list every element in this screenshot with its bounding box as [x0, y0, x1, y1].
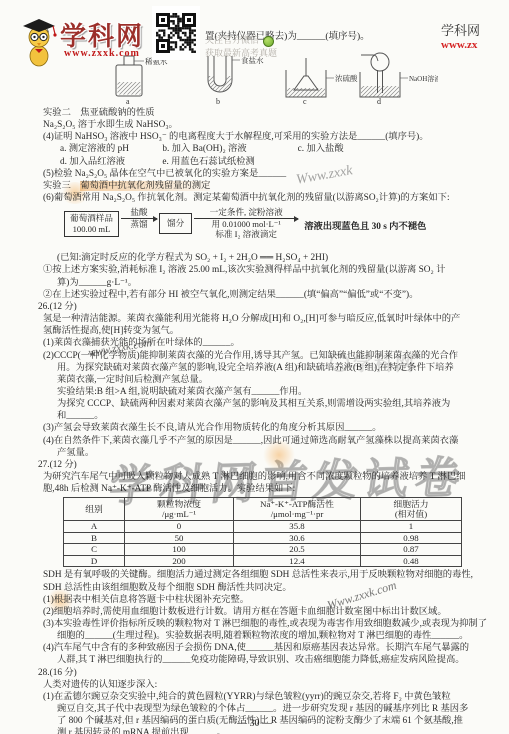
flow-arrow1-bottom-label: 蒸馏 [130, 219, 147, 241]
qr-code [152, 6, 200, 60]
apparatus-a-letter: a [126, 97, 130, 106]
exam-body: 实验二 焦亚硫酸钠的性质 Na₂S₂O₅ 溶于水即生成 NaHSO₃。 (4)证… [38, 107, 503, 734]
table-row: B 50 30.6 0.98 [64, 532, 462, 544]
exp2-title: 实验二 焦亚硫酸钠的性质 [43, 107, 503, 119]
table-cell: A [64, 521, 125, 533]
q25-options-row1: a. 测定溶液的 pH b. 加入 Ba(OH)₂ 溶液 c. 加入盐酸 [60, 143, 503, 155]
q26-line: (3)产氢会导致莱茵衣藻生长不良,请从光合作用物质转化的角度分析其原因_____… [43, 422, 503, 434]
exp3-title: 实验三 葡萄酒中抗氧化剂残留量的测定 [43, 180, 503, 192]
q26-number: 26.(12 分) [38, 301, 503, 313]
flow-arrow2-line [194, 218, 298, 219]
table-cell: 12.4 [234, 555, 361, 567]
q25-sub6-1b: 算)为______g·L⁻¹。 [57, 277, 503, 289]
flow-arrow2-bottom-label: 用 0.01000 mol·L⁻¹ 标准 I₂ 溶液滴定 [211, 219, 280, 241]
mascot-icon [20, 10, 60, 72]
table-cell: 35.8 [234, 521, 361, 533]
exam-paper-page: 学科网首发试卷 Www.zxxk www.zxxk.com Www.zxxk.c… [0, 0, 509, 734]
q27-line: (3)本实验毒性评价指标所反映的颗粒物对 T 淋巴细胞的毒性,或表现为毒害作用致… [43, 618, 503, 630]
flow-sample-line2: 100.00 mL [70, 224, 113, 235]
q27-line: 细胞的______(生理过程)。实验数据表明,随着颗粒物浓度的增加,颗粒物对 T… [57, 630, 503, 642]
table-cell: B [64, 532, 125, 544]
table-cell: 0.48 [361, 555, 462, 567]
corner-brand-block: 学科网 www.zx [441, 20, 509, 51]
q26-line: 和______。 [57, 410, 503, 422]
q26-line: 氢酶活性提高,使[H]转变为氢气。 [43, 325, 503, 337]
apparatus-d-label: NaOH溶液 [409, 74, 438, 83]
apparatus-c [286, 58, 334, 97]
q27-line: SDH 总活性由该组细胞数及每个细胞 SDH 酶活性共同决定。 [43, 582, 503, 594]
flow-arrow-1: 盐酸 蒸馏 [121, 207, 157, 241]
q27-intro-line: 胞,48h 后检测 Na⁺-K⁺-ATP 酶活性及细胞活力。实验结果如下: [43, 483, 503, 495]
q26-line: 莱茵衣藻,一定时间后检测产氢总量。 [57, 374, 503, 386]
apparatus-d [360, 53, 408, 97]
option-d: d. 加入品红溶液 [60, 156, 160, 168]
zxxk-logo: 学科网 www.zxxk.com [20, 10, 155, 72]
titration-flowchart: 葡萄酒样品 100.00 mL 盐酸 蒸馏 馏分 一定条件, 淀粉溶液 用 0.… [64, 207, 503, 249]
option-c: c. 加入盐酸 [298, 144, 344, 154]
table-cell: 50 [125, 532, 234, 544]
qr-caption: 关注官方微信 获取最新高考真题 [205, 34, 277, 60]
table-cell: 1 [361, 521, 462, 533]
option-b: b. 加入 Ba(OH)₂ 溶液 [162, 143, 295, 155]
q25-options-row2: d. 加入品红溶液 e. 用蓝色石蕊试纸检测 [60, 156, 503, 168]
q28-line: (1)在孟德尔豌豆杂交实验中,纯合的黄色圆粒(YYRR)与绿色皱粒(yyrr)的… [43, 691, 503, 703]
exp3-prefix: 实验三 [43, 181, 80, 191]
brand-url: www.zxxk.com [64, 48, 140, 59]
option-e: e. 用蓝色石蕊试纸检测 [162, 157, 254, 167]
flow-arrow2-top-label: 一定条件, 淀粉溶液 [210, 207, 283, 218]
table-cell: 0.87 [361, 544, 462, 556]
q25-known: (已知:滴定时反应的化学方程式为 SO₂ + I₂ + 2H₂O ══ H₂SO… [57, 252, 503, 264]
q25-sub4: (4)证明 NaHSO₃ 溶液中 HSO₃⁻ 的电离程度大于水解程度,可采用的实… [43, 131, 503, 143]
table-cell: 0 [125, 521, 234, 533]
corner-brand: 学科网 [441, 20, 509, 39]
apparatus-c-letter: c [303, 97, 307, 106]
q26-line: 产氢量。 [57, 447, 503, 459]
table-header-cell: 颗粒物浓度 /μg·mL⁻¹ [125, 498, 234, 521]
table-cell: D [64, 555, 125, 567]
option-a: a. 测定溶液的 pH [60, 143, 160, 155]
corner-url: www.zx [441, 39, 509, 51]
table-cell: 100 [125, 544, 234, 556]
apparatus-c-label: 浓硫酸 [335, 73, 358, 83]
q25-solubility: Na₂S₂O₅ 溶于水即生成 NaHSO₃。 [43, 119, 503, 131]
qr-caption-line1: 关注官方微信 [205, 34, 277, 47]
q26-line: 为探究 CCCP、缺硫两种因素对莱茵衣藻产氢的影响及其相互关系,则需增设两实验组… [57, 398, 503, 410]
table-cell: C [64, 544, 125, 556]
flow-result: 溶液出现蓝色且 30 s 内不褪色 [304, 221, 426, 233]
apparatus-d-letter: d [377, 97, 381, 106]
flow-distillate-box: 馏分 [159, 213, 192, 234]
q25-sub6-1a: ①按上述方案实验,消耗标准 I₂ 溶液 25.00 mL,该次实验测得样品中抗氧… [43, 264, 503, 276]
q25-sub6-2: ②在上述实验过程中,若有部分 HI 被空气氧化,则测定结果______(填“偏高… [43, 289, 503, 301]
table-header-cell: 组别 [64, 498, 125, 521]
page-number: — 30 — [0, 718, 509, 729]
table-cell: 0.98 [361, 532, 462, 544]
q27-line: (2)细胞培养时,需使用血细胞计数板进行计数。请用方框在答题卡血细胞计数室图中标… [43, 606, 503, 618]
flow-arrow1-line [121, 218, 157, 219]
flow-sample-line1: 葡萄酒样品 [70, 213, 113, 224]
apparatus-b-letter: b [216, 97, 220, 106]
q27-intro-line: 为研究汽车尾气中可吸入颗粒物对人成熟 T 淋巴细胞的影响,用含不同浓度颗粒物的培… [43, 471, 503, 483]
exp3-title-text: 葡萄酒中抗氧化剂残留量的测定 [80, 181, 210, 191]
table-cell: 20.5 [234, 544, 361, 556]
q26-line: (4)在自然条件下,莱茵衣藻几乎不产氢的原因是______,因此可通过筛选高耐氧… [43, 435, 503, 447]
q27-line: 人群,其 T 淋巴细胞执行的______免疫功能障碍,导致识别、攻击癌细胞能力降… [57, 654, 503, 666]
q28-line: 豌豆自交,其子代中表现型为绿色皱粒的个体占______。进一步研究发现 r 基因… [57, 703, 503, 715]
q27-line: SDH 是有氧呼吸的关键酶。细胞活力通过测定各组细胞 SDH 总活性来表示,用于… [43, 569, 503, 581]
table-row: A 0 35.8 1 [64, 521, 462, 533]
apparatus-b [208, 56, 240, 92]
q28-number: 28.(16 分) [38, 667, 503, 679]
flow-sample-box: 葡萄酒样品 100.00 mL [64, 211, 119, 237]
table-header-cell: 细胞活力 (相对值) [361, 498, 462, 521]
flow-arrow2-bottom1: 用 0.01000 mol·L⁻¹ [211, 219, 280, 229]
flow-arrow-2: 一定条件, 淀粉溶液 用 0.01000 mol·L⁻¹ 标准 I₂ 溶液滴定 [194, 207, 298, 241]
table-cell: 200 [125, 555, 234, 567]
table-cell: 30.6 [234, 532, 361, 544]
table-row: D 200 12.4 0.48 [64, 555, 462, 567]
results-table: 组别 颗粒物浓度 /μg·mL⁻¹ Na⁺-K⁺-ATP酶活性 /μmol·mg… [63, 497, 462, 567]
q27-number: 27.(12 分) [38, 459, 503, 471]
table-header-cell: Na⁺-K⁺-ATP酶活性 /μmol·mg⁻¹·pr [234, 498, 361, 521]
q27-line: (1)根据表中相关信息将答题卡中柱状图补充完整。 [43, 594, 503, 606]
q28-line: 人类对遗传的认知逐步深入: [43, 679, 503, 691]
table-header-row: 组别 颗粒物浓度 /μg·mL⁻¹ Na⁺-K⁺-ATP酶活性 /μmol·mg… [64, 498, 462, 521]
q26-line: 用。为探究缺硫对莱茵衣藻产氢的影响,设完全培养液(A 组)和缺硫培养液(B 组)… [57, 362, 503, 374]
qr-caption-line2: 获取最新高考真题 [205, 47, 277, 60]
flow-arrow2-bottom2: 标准 I₂ 溶液滴定 [211, 229, 280, 239]
q25-sub5: (5)检验 Na₂S₂O₅ 晶体在空气中已被氧化的实验方案是______ [43, 168, 503, 180]
flow-arrow1-top-label: 盐酸 [130, 207, 147, 218]
q26-line: 实验结果:B 组>A 组,说明缺硫对莱茵衣藻产氢有______作用。 [57, 386, 503, 398]
q26-line: 氢是一种清洁能源。莱茵衣藻能利用光能将 H₂O 分解成[H]和 O₂,[H]可参… [43, 313, 503, 325]
q25-sub6: (6)葡萄酒常用 Na₂S₂O₅ 作抗氧化剂。测定某葡萄酒中抗氧化剂的残留量(以… [43, 192, 503, 204]
table-row: C 100 20.5 0.87 [64, 544, 462, 556]
q27-line: (4)汽车尾气中含有的多种致癌因子会损伤 DNA,使______基因和原癌基因表… [43, 642, 503, 654]
